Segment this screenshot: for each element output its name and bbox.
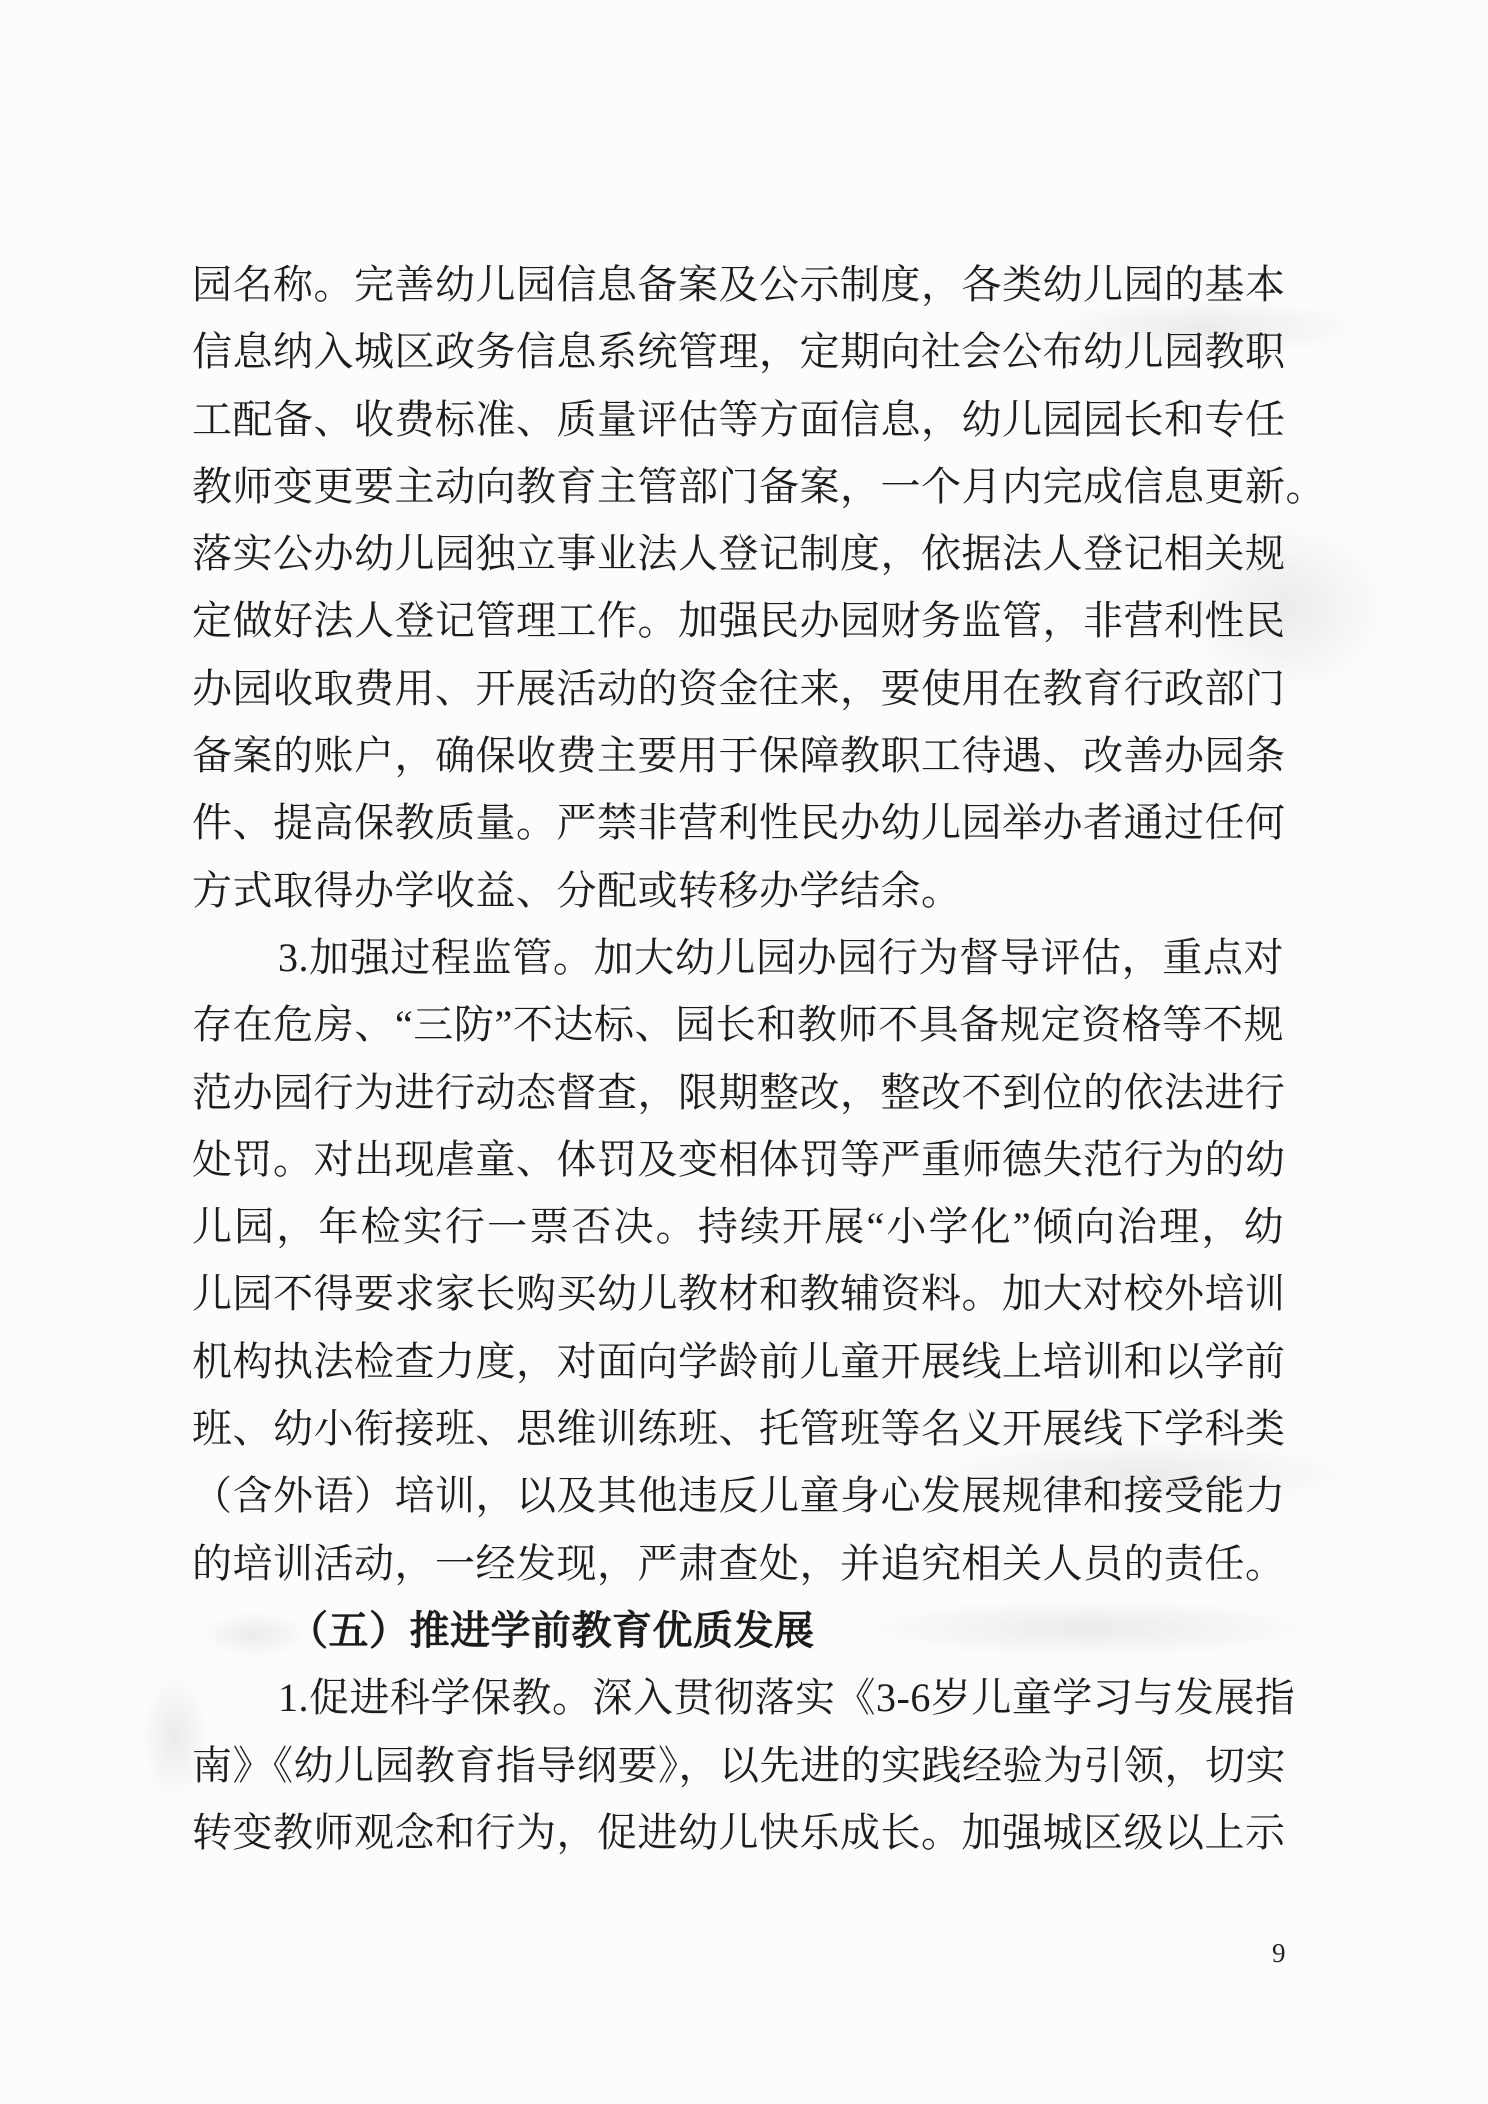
text-line: （含外语）培训，以及其他违反儿童身心发展规律和接受能力: [192, 1462, 1284, 1529]
text-line: 儿园，年检实行一票否决。持续开展“小学化”倾向治理，幼: [192, 1193, 1284, 1260]
text-line: 方式取得办学收益、分配或转移办学结余。: [192, 857, 1284, 924]
text-line: 儿园不得要求家长购买幼儿教材和教辅资料。加大对校外培训: [192, 1260, 1284, 1327]
text-line: 3.加强过程监管。加大幼儿园办园行为督导评估，重点对: [192, 924, 1284, 991]
text-line: 转变教师观念和行为，促进幼儿快乐成长。加强城区级以上示: [192, 1799, 1284, 1866]
text-line: 范办园行为进行动态督查，限期整改，整改不到位的依法进行: [192, 1059, 1284, 1126]
text-line: 办园收取费用、开展活动的资金往来，要使用在教育行政部门: [192, 655, 1284, 722]
text-line: 件、提高保教质量。严禁非营利性民办幼儿园举办者通过任何: [192, 789, 1284, 856]
text-line: 信息纳入城区政务信息系统管理，定期向社会公布幼儿园教职: [192, 318, 1284, 385]
text-line: 备案的账户，确保收费主要用于保障教职工待遇、改善办园条: [192, 722, 1284, 789]
text-line: 园名称。完善幼儿园信息备案及公示制度，各类幼儿园的基本: [192, 251, 1284, 318]
text-line: 存在危房、“三防”不达标、园长和教师不具备规定资格等不规: [192, 991, 1284, 1058]
section-heading: （五）推进学前教育优质发展: [192, 1597, 1284, 1664]
text-line: 处罚。对出现虐童、体罚及变相体罚等严重师德失范行为的幼: [192, 1126, 1284, 1193]
text-line: 1.促进科学保教。深入贯彻落实《3-6岁儿童学习与发展指: [192, 1664, 1284, 1731]
text-line: 南》《幼儿园教育指导纲要》，以先进的实践经验为引领，切实: [192, 1732, 1284, 1799]
text-line: 落实公办幼儿园独立事业法人登记制度，依据法人登记相关规: [192, 520, 1284, 587]
text-line: 班、幼小衔接班、思维训练班、托管班等名义开展线下学科类: [192, 1395, 1284, 1462]
text-line: 定做好法人登记管理工作。加强民办园财务监管，非营利性民: [192, 587, 1284, 654]
text-line: 教师变更要主动向教育主管部门备案，一个月内完成信息更新。: [192, 453, 1284, 520]
text-line: 的培训活动，一经发现，严肃查处，并追究相关人员的责任。: [192, 1530, 1284, 1597]
text-line: 工配备、收费标准、质量评估等方面信息，幼儿园园长和专任: [192, 386, 1284, 453]
page-number: 9: [1272, 1936, 1286, 1970]
document-body-text: 园名称。完善幼儿园信息备案及公示制度，各类幼儿园的基本信息纳入城区政务信息系统管…: [192, 251, 1284, 1866]
text-line: 机构执法检查力度，对面向学龄前儿童开展线上培训和以学前: [192, 1328, 1284, 1395]
scanned-document-page: 园名称。完善幼儿园信息备案及公示制度，各类幼儿园的基本信息纳入城区政务信息系统管…: [0, 0, 1488, 2104]
